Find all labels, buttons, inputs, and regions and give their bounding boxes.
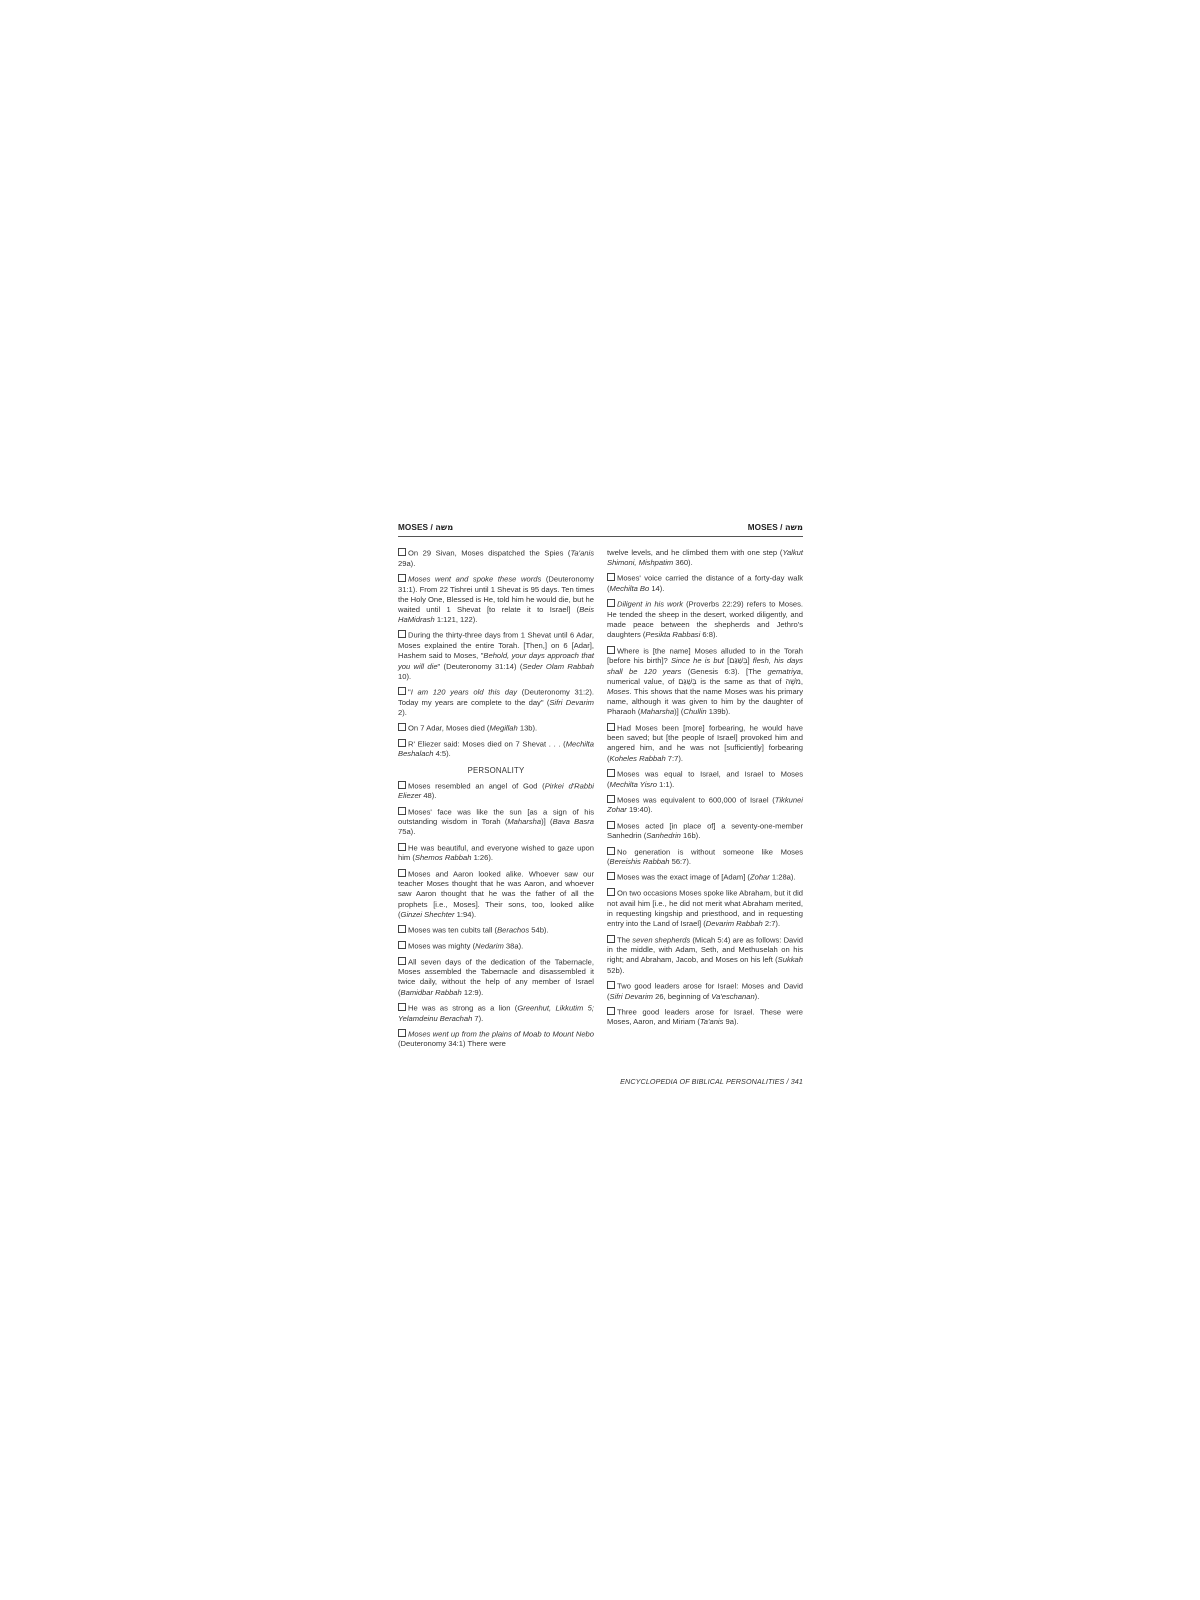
entry-text: 1:28a).	[770, 873, 796, 882]
entry-text: Moses was equivalent to 600,000 of Israe…	[617, 795, 775, 804]
encyclopedia-entry: Moses acted [in place of] a seventy-one-…	[607, 821, 803, 842]
citation-italic: Koheles Rabbah	[610, 754, 666, 763]
checkbox-bullet-icon	[607, 795, 615, 803]
checkbox-bullet-icon	[607, 935, 615, 943]
entry-text: (Genesis 6:3). [The	[681, 667, 767, 676]
checkbox-bullet-icon	[398, 941, 406, 949]
encyclopedia-entry: Moses' voice carried the distance of a f…	[607, 573, 803, 594]
entry-text: twelve levels, and he climbed them with …	[607, 548, 782, 557]
entry-text: 1:121, 122).	[435, 615, 478, 624]
checkbox-bullet-icon	[607, 888, 615, 896]
entry-text: 29a).	[398, 559, 415, 568]
entry-text: 1:94).	[455, 910, 477, 919]
citation-italic: Berachos	[497, 926, 529, 935]
encyclopedia-entry: Three good leaders arose for Israel. The…	[607, 1007, 803, 1028]
encyclopedia-entry: During the thirty-three days from 1 Shev…	[398, 630, 594, 682]
encyclopedia-entry: Moses' face was like the sun [as a sign …	[398, 807, 594, 838]
citation-italic: Maharsha	[507, 817, 541, 826]
encyclopedia-entry: He was beautiful, and everyone wished to…	[398, 843, 594, 864]
checkbox-bullet-icon	[398, 723, 406, 731]
entry-text: 360).	[673, 558, 692, 567]
entry-text: Moses was the exact image of [Adam] (	[617, 873, 750, 882]
entry-text: R' Eliezer said: Moses died on 7 Shevat …	[408, 739, 566, 748]
entry-text: 19:40).	[627, 805, 653, 814]
encyclopedia-entry: Moses was the exact image of [Adam] (Zoh…	[607, 872, 803, 883]
citation-italic: Shemos Rabbah	[415, 853, 472, 862]
entry-text: On 7 Adar, Moses died (	[408, 724, 489, 733]
entry-text: 56:7).	[669, 857, 691, 866]
header-left: MOSES / משה	[398, 522, 453, 532]
citation-italic: Pesikta Rabbasi	[645, 630, 700, 639]
entry-text: (Deuteronomy 34:1) There were	[398, 1039, 506, 1048]
citation-italic: Moses went up from the plains of Moab to…	[408, 1029, 594, 1038]
citation-italic: Mechilta Yisro	[610, 780, 657, 789]
encyclopedia-entry: He was as strong as a lion (Greenhut, Li…	[398, 1003, 594, 1024]
citation-italic: Va'eschanan	[711, 992, 754, 1001]
checkbox-bullet-icon	[607, 646, 615, 654]
citation-italic: Ta'anis	[700, 1017, 724, 1026]
encyclopedia-entry: Where is [the name] Moses alluded to in …	[607, 646, 803, 718]
entry-text: " (Deuteronomy 31:14) (	[438, 662, 523, 671]
citation-italic: Bereishis Rabbah	[610, 857, 670, 866]
encyclopedia-entry: Moses resembled an angel of God (Pirkei …	[398, 781, 594, 802]
entry-text: 48).	[421, 791, 436, 800]
entry-text: On 29 Sivan, Moses dispatched the Spies …	[408, 549, 570, 558]
entry-text: 7:7).	[666, 754, 683, 763]
encyclopedia-entry: twelve levels, and he climbed them with …	[607, 548, 803, 568]
page-number: 341	[791, 1077, 803, 1086]
running-header: MOSES / משה MOSES / משה	[398, 522, 803, 537]
entry-text: 54b).	[529, 926, 548, 935]
checkbox-bullet-icon	[607, 723, 615, 731]
book-page: MOSES / משה MOSES / משה On 29 Sivan, Mos…	[398, 522, 803, 1055]
encyclopedia-entry: R' Eliezer said: Moses died on 7 Shevat …	[398, 739, 594, 760]
encyclopedia-entry: No generation is without someone like Mo…	[607, 847, 803, 868]
encyclopedia-entry: Moses was equal to Israel, and Israel to…	[607, 769, 803, 790]
checkbox-bullet-icon	[398, 548, 406, 556]
entry-text: )] (	[541, 817, 552, 826]
entry-text: Moses was mighty (	[408, 941, 475, 950]
entry-text: 14).	[649, 584, 664, 593]
checkbox-bullet-icon	[398, 1029, 406, 1037]
citation-italic: gematriya	[768, 667, 801, 676]
encyclopedia-entry: Moses was ten cubits tall (Berachos 54b)…	[398, 925, 594, 936]
left-column: On 29 Sivan, Moses dispatched the Spies …	[398, 548, 594, 1055]
checkbox-bullet-icon	[607, 769, 615, 777]
encyclopedia-entry: Moses was equivalent to 600,000 of Israe…	[607, 795, 803, 816]
entry-text: 4:5).	[433, 749, 450, 758]
entry-text: 9a).	[723, 1017, 738, 1026]
encyclopedia-entry: Moses went up from the plains of Moab to…	[398, 1029, 594, 1050]
entry-text: 75a).	[398, 827, 415, 836]
header-title-hebrew: משה	[785, 522, 803, 532]
entry-text: 2:7).	[763, 919, 780, 928]
citation-italic: Moses	[607, 687, 629, 696]
citation-italic: Zohar	[750, 873, 770, 882]
citation-italic: Maharsha	[640, 707, 674, 716]
encyclopedia-entry: On 7 Adar, Moses died (Megillah 13b).	[398, 723, 594, 734]
section-heading: PERSONALITY	[398, 766, 594, 775]
header-separator: /	[778, 523, 785, 532]
citation-italic: Sukkah	[778, 955, 803, 964]
entry-text: 16b).	[681, 831, 700, 840]
checkbox-bullet-icon	[607, 981, 615, 989]
encyclopedia-entry: Two good leaders arose for Israel: Moses…	[607, 981, 803, 1002]
entry-text: 13b).	[518, 724, 537, 733]
citation-italic: Sifri Devarim	[549, 698, 594, 707]
citation-italic: Sifri Devarim	[610, 992, 653, 1001]
entry-text: The	[617, 935, 632, 944]
citation-italic: Ta'anis	[570, 549, 594, 558]
citation-italic: Sanhedrin	[646, 831, 681, 840]
citation-italic: Seder Olam Rabbah	[522, 662, 594, 671]
checkbox-bullet-icon	[607, 1007, 615, 1015]
checkbox-bullet-icon	[607, 573, 615, 581]
encyclopedia-entry: The seven shepherds (Micah 5:4) are as f…	[607, 935, 803, 976]
checkbox-bullet-icon	[398, 739, 406, 747]
checkbox-bullet-icon	[398, 781, 406, 789]
header-title-english: MOSES	[398, 523, 428, 532]
entry-text: 10).	[398, 672, 411, 681]
encyclopedia-entry: On two occasions Moses spoke like Abraha…	[607, 888, 803, 929]
checkbox-bullet-icon	[398, 574, 406, 582]
checkbox-bullet-icon	[398, 687, 406, 695]
checkbox-bullet-icon	[607, 872, 615, 880]
entry-text: 1:1).	[657, 780, 674, 789]
entry-text: 52b).	[607, 966, 624, 975]
citation-italic: Moses went and spoke these words	[408, 574, 541, 583]
entry-text: He was as strong as a lion (	[408, 1003, 517, 1012]
entry-text: 26, beginning of	[653, 992, 711, 1001]
encyclopedia-entry: On 29 Sivan, Moses dispatched the Spies …	[398, 548, 594, 569]
header-right: MOSES / משה	[748, 522, 803, 532]
encyclopedia-entry: Diligent in his work (Proverbs 22:29) re…	[607, 599, 803, 640]
checkbox-bullet-icon	[398, 925, 406, 933]
encyclopedia-entry: Had Moses been [more] forbearing, he wou…	[607, 723, 803, 764]
entry-text: 12:9).	[462, 988, 484, 997]
book-title: ENCYCLOPEDIA OF BIBLICAL PERSONALITIES	[620, 1077, 784, 1086]
encyclopedia-entry: Moses and Aaron looked alike. Whoever sa…	[398, 869, 594, 921]
entry-text: ).	[755, 992, 760, 1001]
citation-italic: Bamidbar Rabbah	[401, 988, 462, 997]
entry-text: 6:8).	[700, 630, 717, 639]
page-footer: ENCYCLOPEDIA OF BIBLICAL PERSONALITIES /…	[620, 1077, 803, 1086]
encyclopedia-entry: Moses went and spoke these words (Deuter…	[398, 574, 594, 626]
checkbox-bullet-icon	[398, 869, 406, 877]
checkbox-bullet-icon	[398, 1003, 406, 1011]
encyclopedia-entry: Moses was mighty (Nedarim 38a).	[398, 941, 594, 952]
citation-italic: Bava Basra	[553, 817, 594, 826]
citation-italic: Mechilta Bo	[610, 584, 650, 593]
encyclopedia-entry: "I am 120 years old this day (Deuteronom…	[398, 687, 594, 718]
header-title-hebrew: משה	[435, 522, 453, 532]
checkbox-bullet-icon	[398, 957, 406, 965]
entry-text: Moses resembled an angel of God (	[408, 781, 545, 790]
citation-italic: Chullin	[683, 707, 706, 716]
citation-italic: Diligent in his work	[617, 600, 683, 609]
checkbox-bullet-icon	[607, 599, 615, 607]
checkbox-bullet-icon	[607, 847, 615, 855]
entry-text: 7).	[472, 1014, 483, 1023]
citation-italic: Megillah	[489, 724, 517, 733]
header-title-english: MOSES	[748, 523, 778, 532]
checkbox-bullet-icon	[398, 807, 406, 815]
entry-text: 139b).	[707, 707, 731, 716]
encyclopedia-entry: All seven days of the dedication of the …	[398, 957, 594, 998]
citation-italic: Ginzei Shechter	[401, 910, 455, 919]
citation-italic: Nedarim	[475, 941, 504, 950]
entry-text: 38a).	[504, 941, 523, 950]
checkbox-bullet-icon	[398, 843, 406, 851]
entry-text: Moses was ten cubits tall (	[408, 926, 497, 935]
entry-text: 2).	[398, 708, 407, 717]
entry-text: 1:26).	[471, 853, 493, 862]
right-column: twelve levels, and he climbed them with …	[607, 548, 803, 1055]
citation-italic: Since he is but	[671, 656, 724, 665]
citation-italic: I am 120 years old this day	[411, 687, 517, 696]
citation-italic: Devarim Rabbah	[706, 919, 763, 928]
citation-italic: seven shepherds	[632, 935, 690, 944]
checkbox-bullet-icon	[607, 821, 615, 829]
entry-text: [בְּשַׁגַּם]	[724, 656, 753, 665]
checkbox-bullet-icon	[398, 630, 406, 638]
entry-text: Moses acted [in place of] a seventy-one-…	[607, 821, 803, 840]
